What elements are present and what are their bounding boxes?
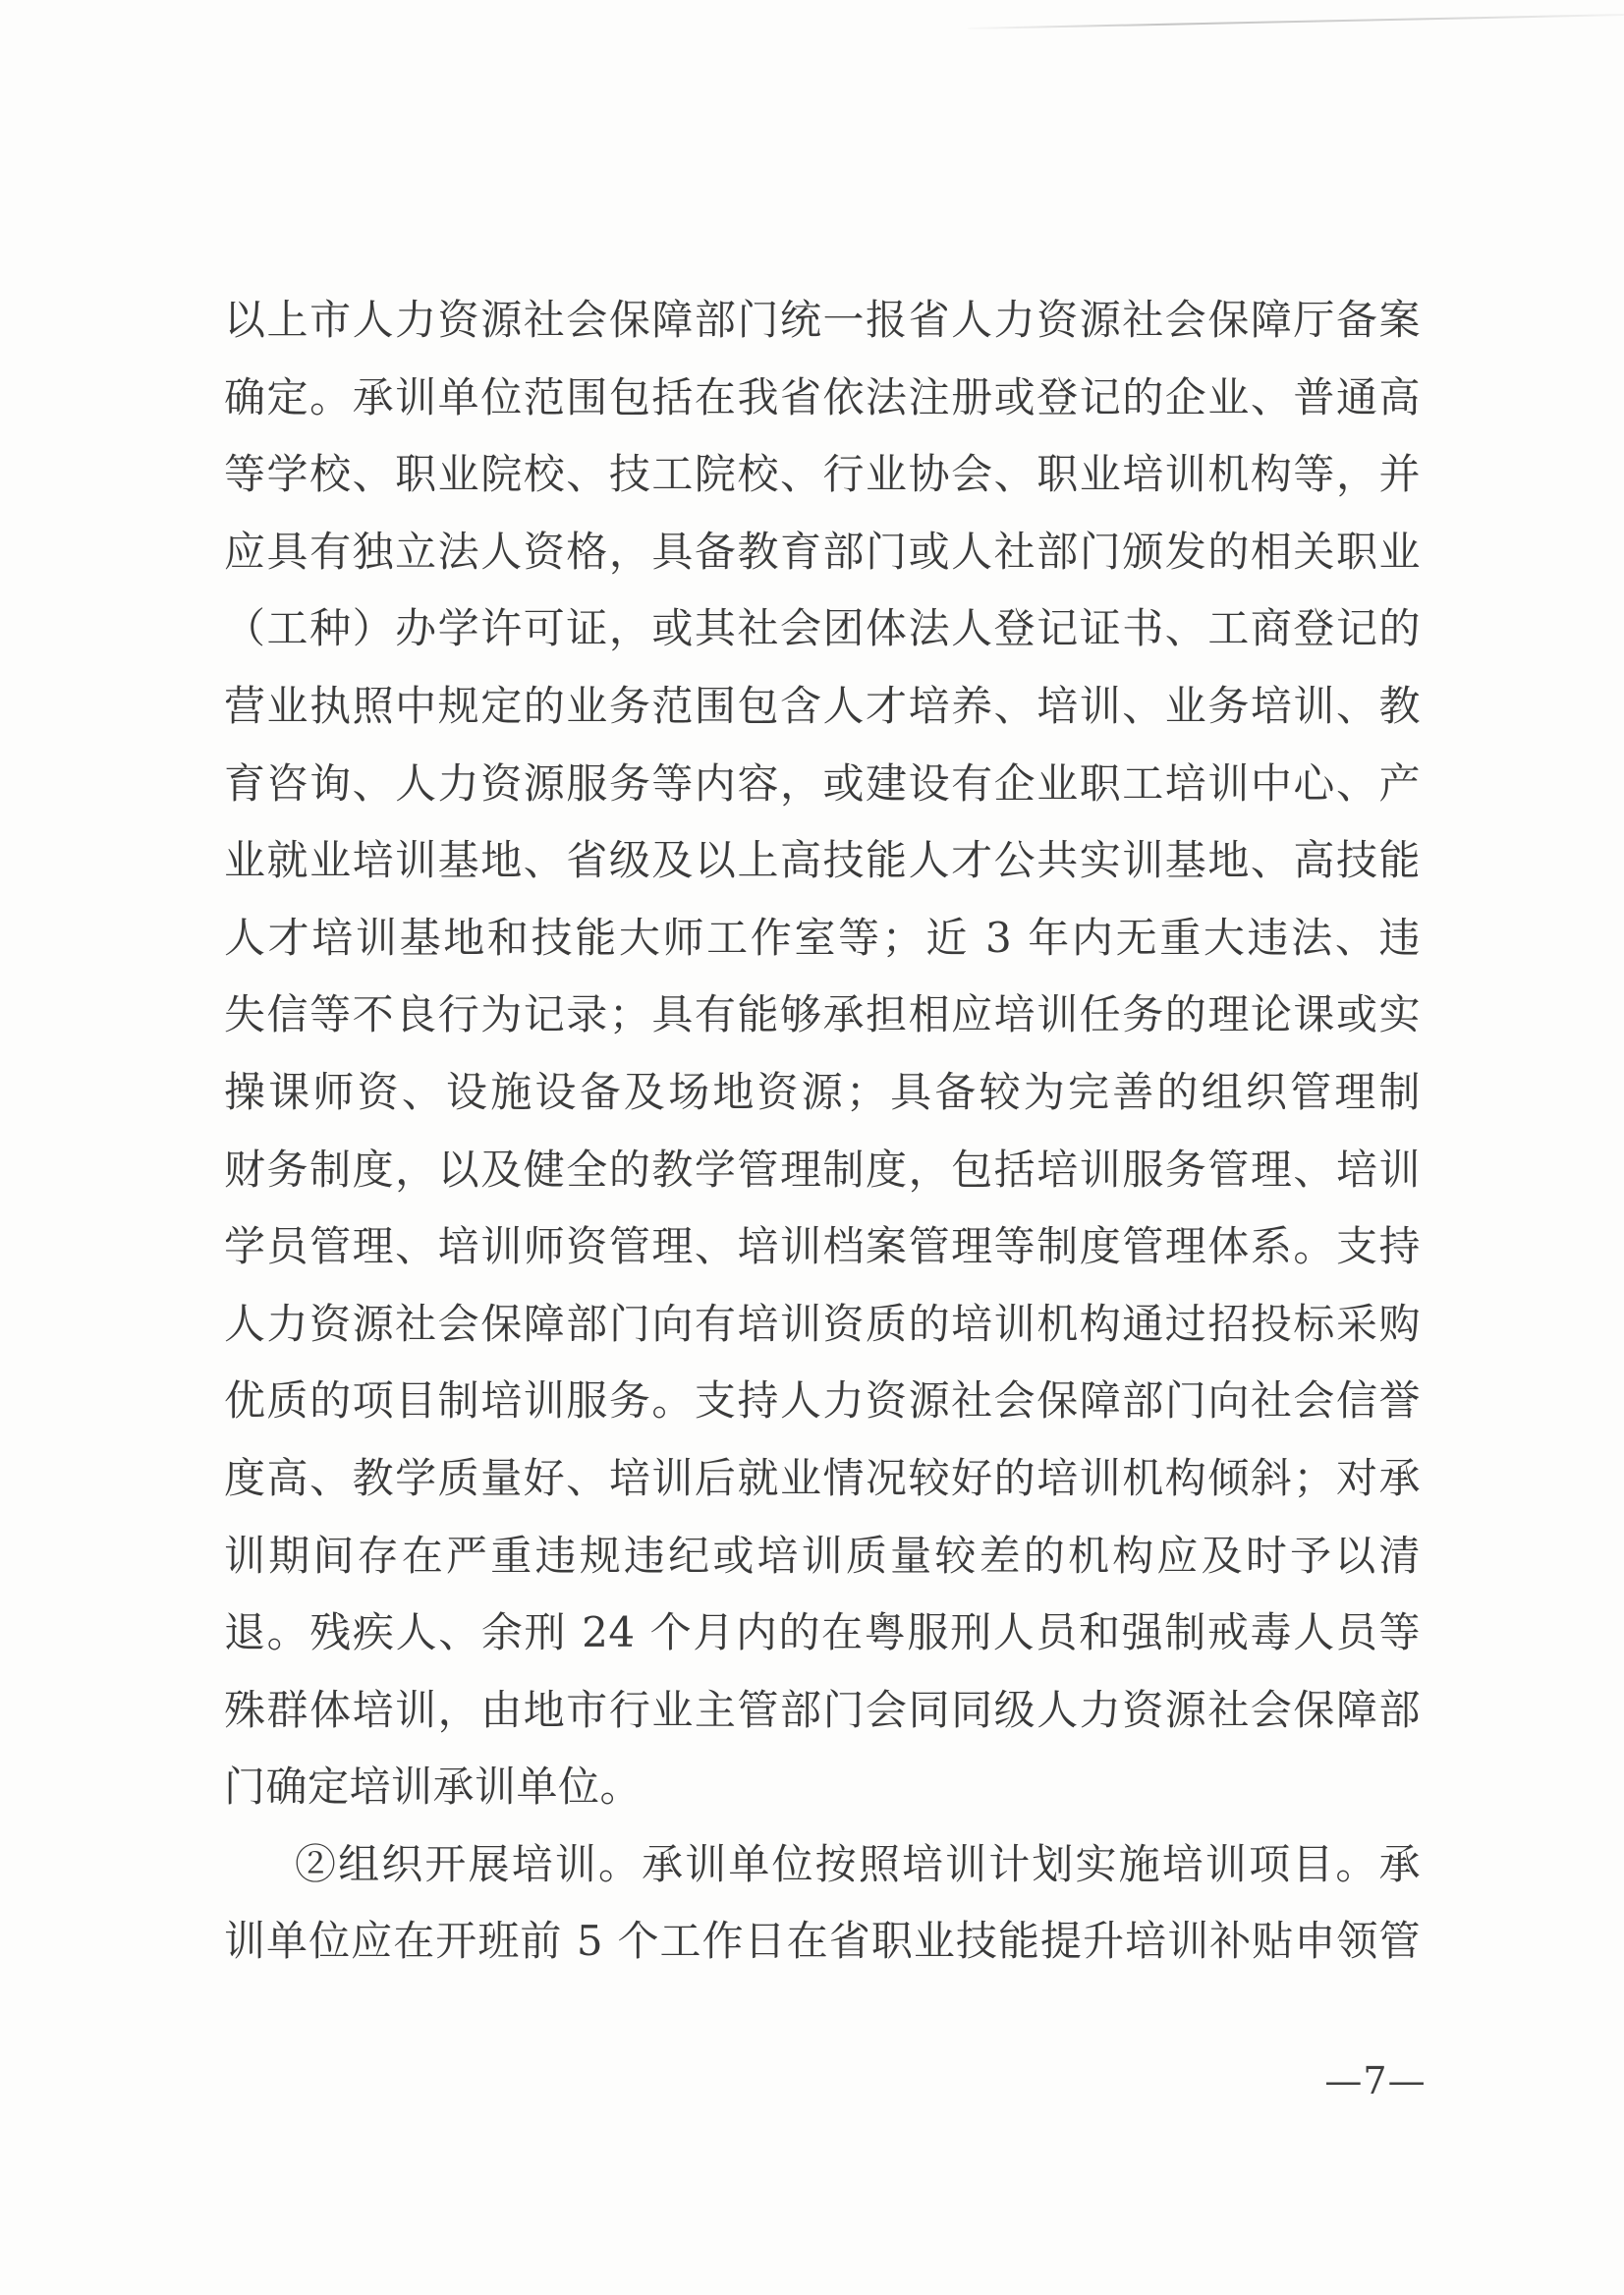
text-line: 退。残疾人、余刑 24 个月内的在粤服刑人员和强制戒毒人员等特 — [224, 1595, 1421, 1672]
text-line: 人力资源社会保障部门向有培训资质的培训机构通过招投标采购 — [224, 1286, 1421, 1364]
text-line: 等学校、职业院校、技工院校、行业协会、职业培训机构等，并 — [224, 436, 1421, 514]
scan-artifact-line — [968, 14, 1624, 29]
text-line: 学员管理、培训师资管理、培训档案管理等制度管理体系。支持 — [224, 1208, 1421, 1286]
text-line: （工种）办学许可证，或其社会团体法人登记证书、工商登记的 — [224, 590, 1421, 668]
body-text: 以上市人力资源社会保障部门统一报省人力资源社会保障厅备案 确定。承训单位范围包括… — [224, 282, 1421, 1981]
text-line: 殊群体培训，由地市行业主管部门会同同级人力资源社会保障部 — [224, 1672, 1421, 1750]
text-line: 训单位应在开班前 5 个工作日在省职业技能提升培训补贴申领管 — [224, 1903, 1421, 1981]
text-line: 确定。承训单位范围包括在我省依法注册或登记的企业、普通高 — [224, 360, 1421, 437]
text-line: 以上市人力资源社会保障部门统一报省人力资源社会保障厅备案 — [224, 282, 1421, 360]
text-line: 业就业培训基地、省级及以上高技能人才公共实训基地、高技能 — [224, 822, 1421, 900]
text-line: 育咨询、人力资源服务等内容，或建设有企业职工培训中心、产 — [224, 746, 1421, 823]
page-number: —7— — [1307, 2056, 1444, 2105]
text-line: 优质的项目制培训服务。支持人力资源社会保障部门向社会信誉 — [224, 1363, 1421, 1440]
text-line: 度高、教学质量好、培训后就业情况较好的培训机构倾斜；对承 — [224, 1440, 1421, 1518]
text-line: 门确定培训承训单位。 — [224, 1749, 1421, 1826]
text-line: ②组织开展培训。承训单位按照培训计划实施培训项目。承 — [224, 1826, 1421, 1904]
text-line: 失信等不良行为记录；具有能够承担相应培训任务的理论课或实 — [224, 977, 1421, 1054]
text-line: 应具有独立法人资格，具备教育部门或人社部门颁发的相关职业 — [224, 514, 1421, 591]
text-line: 操课师资、设施设备及场地资源；具备较为完善的组织管理制度、 — [224, 1054, 1421, 1132]
text-line: 财务制度，以及健全的教学管理制度，包括培训服务管理、培训 — [224, 1132, 1421, 1209]
text-line: 营业执照中规定的业务范围包含人才培养、培训、业务培训、教 — [224, 668, 1421, 746]
text-line: 人才培训基地和技能大师工作室等；近 3 年内无重大违法、违规、 — [224, 900, 1421, 978]
text-line: 训期间存在严重违规违纪或培训质量较差的机构应及时予以清 — [224, 1518, 1421, 1595]
